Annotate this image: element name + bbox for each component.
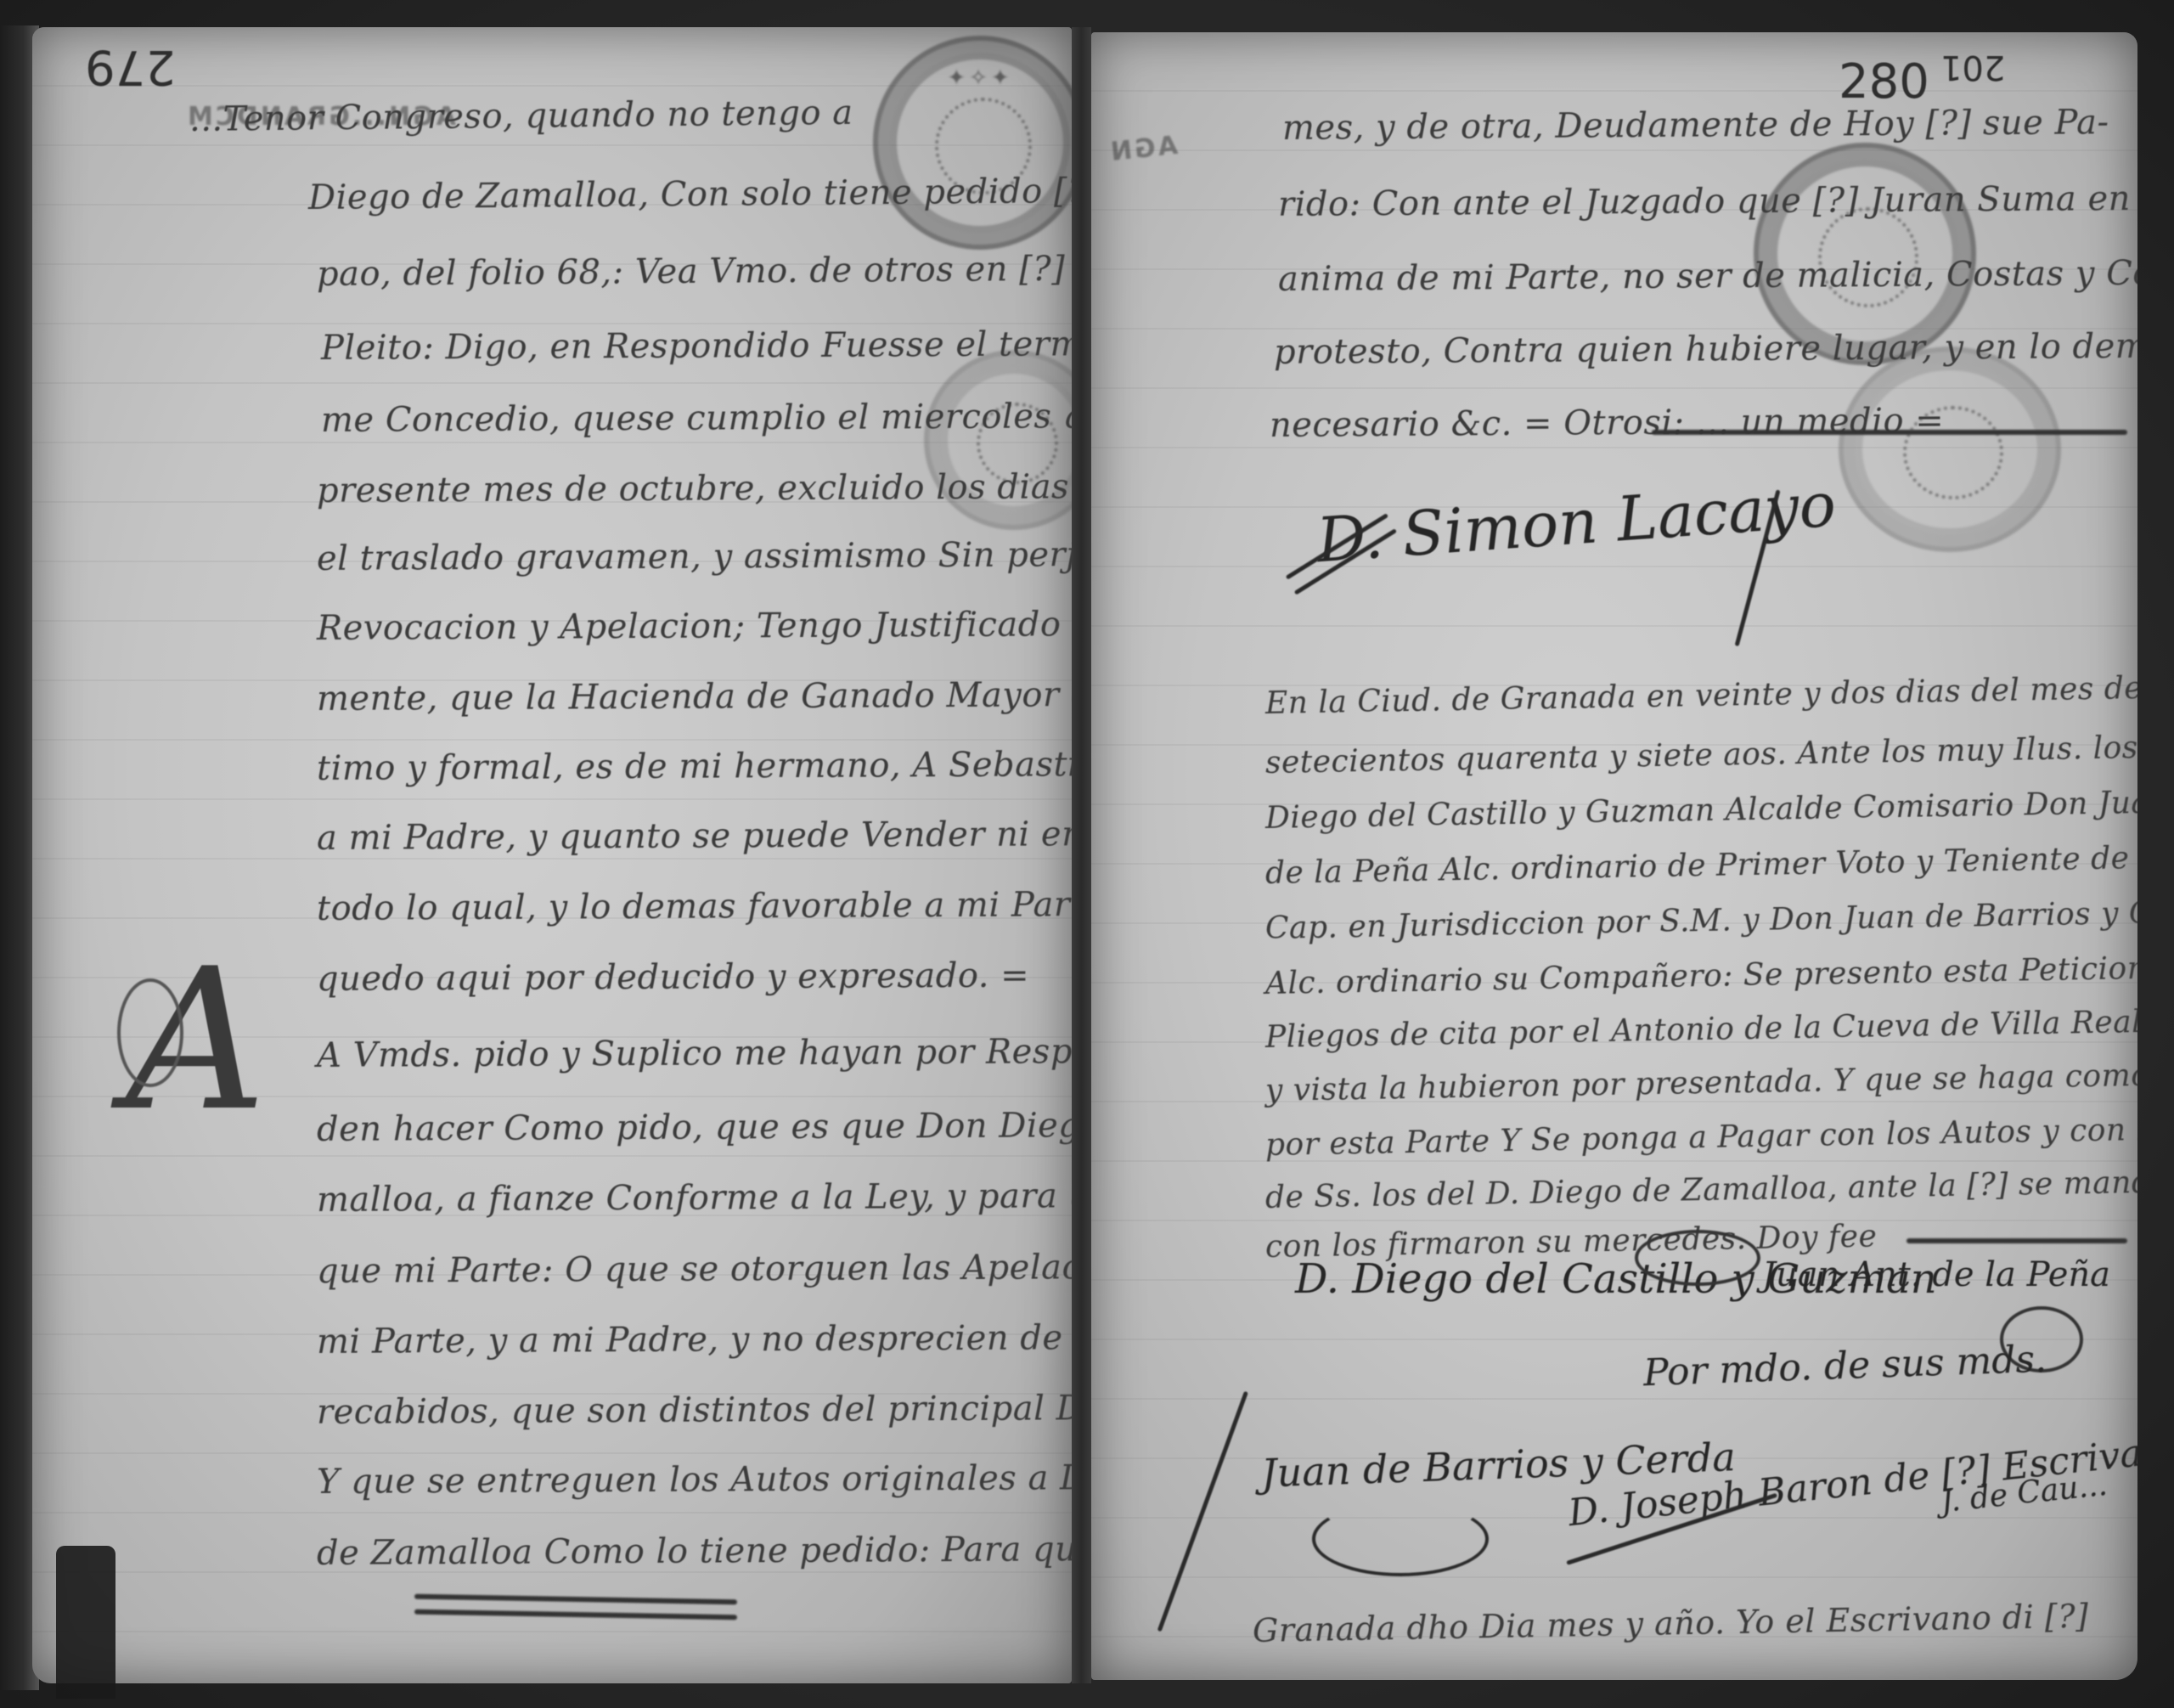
faint-seal-stamp-icon (1839, 347, 2061, 552)
text-line: timo y formal, es de mi hermano, A Sebas… (317, 745, 1072, 788)
text-line: el traslado gravamen, y assimismo Sin pe… (317, 534, 1072, 578)
text-line: Y que se entreguen los Autos originales … (317, 1457, 1072, 1502)
text-line: Revocacion y Apelacion; Tengo Justificad… (317, 605, 1072, 648)
signature-underloop-icon (1312, 1502, 1489, 1576)
right-page: 280 201 AGN mes, y de otra, Deudamente d… (1091, 32, 2137, 1680)
text-line: den hacer Como pido, que es que Don Dieg… (317, 1105, 1072, 1149)
text-line: En la Ciud. de Granada en veinte y dos d… (1265, 667, 2137, 721)
text-line: necesario &c. = Otrosi: ... un medio = (1270, 401, 1945, 445)
text-line: pao, del folio 68,: Vea Vmo. de otros en… (317, 249, 1072, 294)
signature-loop-icon (1635, 1230, 1760, 1286)
text-line: Pliegos de cita por el Antonio de la Cue… (1265, 1005, 2137, 1055)
text-line: que mi Parte: O que se otorguen las Apel… (317, 1248, 1072, 1291)
text-line: mi Parte, y a mi Padre, y no desprecien … (317, 1318, 1072, 1361)
text-line: todo lo qual, y lo demas favorable a mi … (317, 885, 1072, 928)
text-line: me Concedio, quese cumplio el miercoles … (321, 396, 1072, 440)
stamp-bleed-through: AGN (1107, 131, 1179, 167)
footer-text-line: Granada dho Dia mes y año. Yo el Escriva… (1253, 1598, 2089, 1649)
text-line: recabidos, que son distintos del princip… (317, 1389, 1072, 1432)
seal-ring-text: ✦✧✦ (878, 65, 1072, 91)
text-line: por esta Parte Y Se ponga a Pagar con lo… (1265, 1110, 2137, 1163)
text-line: malloa, a fianze Conforme a la Ley, y pa… (317, 1176, 1072, 1220)
text-line: y vista la hubieron por presentada. Y qu… (1265, 1056, 2137, 1108)
folio-number-inverted: 201 (1940, 48, 2005, 87)
initial-flourish-icon (117, 978, 183, 1087)
text-line: protesto, Contra quien hubiere lugar, y … (1274, 326, 2137, 372)
text-line: A Vmds. pido y Suplico me hayan por Resp… (317, 1031, 1072, 1075)
text-line: de la Peña Alc. ordinario de Primer Voto… (1265, 837, 2137, 891)
text-line: mes, y de otra, Deudamente de Hoy [?] su… (1282, 103, 2109, 148)
closing-rule (414, 1594, 737, 1605)
text-line: a mi Padre, y quanto se puede Vender ni … (317, 814, 1072, 858)
text-line: Alc. ordinario su Compañero: Se presento… (1265, 948, 2137, 1001)
text-line: Cap. en Jurisdiccion por S.M. y Don Juan… (1265, 893, 2137, 946)
signature-por-mandado: Por mdo. de sus mds. (1642, 1338, 2047, 1395)
text-line: de Ss. los del D. Diego de Zamalloa, ant… (1265, 1164, 2137, 1215)
line-filler-rule (1906, 1238, 2127, 1243)
text-line: Pleito: Digo, en Respondido Fuesse el te… (321, 324, 1072, 368)
text-line: Diego del Castillo y Guzman Alcalde Comi… (1265, 783, 2137, 836)
text-line: mente, que la Hacienda de Ganado Mayor e… (317, 675, 1072, 719)
left-page: 279 AGN...GRANDCM ✦✧✦ ...Tenor Congreso,… (32, 27, 1072, 1683)
long-pen-flourish (1157, 1391, 1248, 1632)
text-line: setecientos quarenta y siete aos. Ante l… (1265, 728, 2137, 781)
text-line: ...Tenor Congreso, quando no tengo a (189, 93, 853, 139)
text-line: presente mes de octubre, excluido los di… (317, 466, 1072, 510)
text-line: rido: Con ante el Juzgado que [?] Juran … (1278, 179, 2131, 224)
folio-number-right: 280 (1839, 54, 1929, 110)
binding-clip (56, 1546, 115, 1699)
text-line: quedo aqui por deducido y expresado. = (317, 956, 1029, 999)
text-line: Diego de Zamalloa, Con solo tiene pedido… (308, 172, 1072, 217)
text-line: anima de mi Parte, no ser de malicia, Co… (1278, 253, 2137, 299)
text-line: de Zamalloa Como lo tiene pedido: Para q… (317, 1529, 1072, 1573)
line-filler-rule (1652, 430, 2127, 435)
closing-rule (414, 1609, 737, 1621)
folio-number-left: 279 (85, 39, 176, 94)
page-gutter (1072, 27, 1091, 1683)
seal-stamp-icon: ✦✧✦ (873, 36, 1072, 250)
signature-juan-pena: Juan Ant. de la Peña (1762, 1255, 2110, 1294)
